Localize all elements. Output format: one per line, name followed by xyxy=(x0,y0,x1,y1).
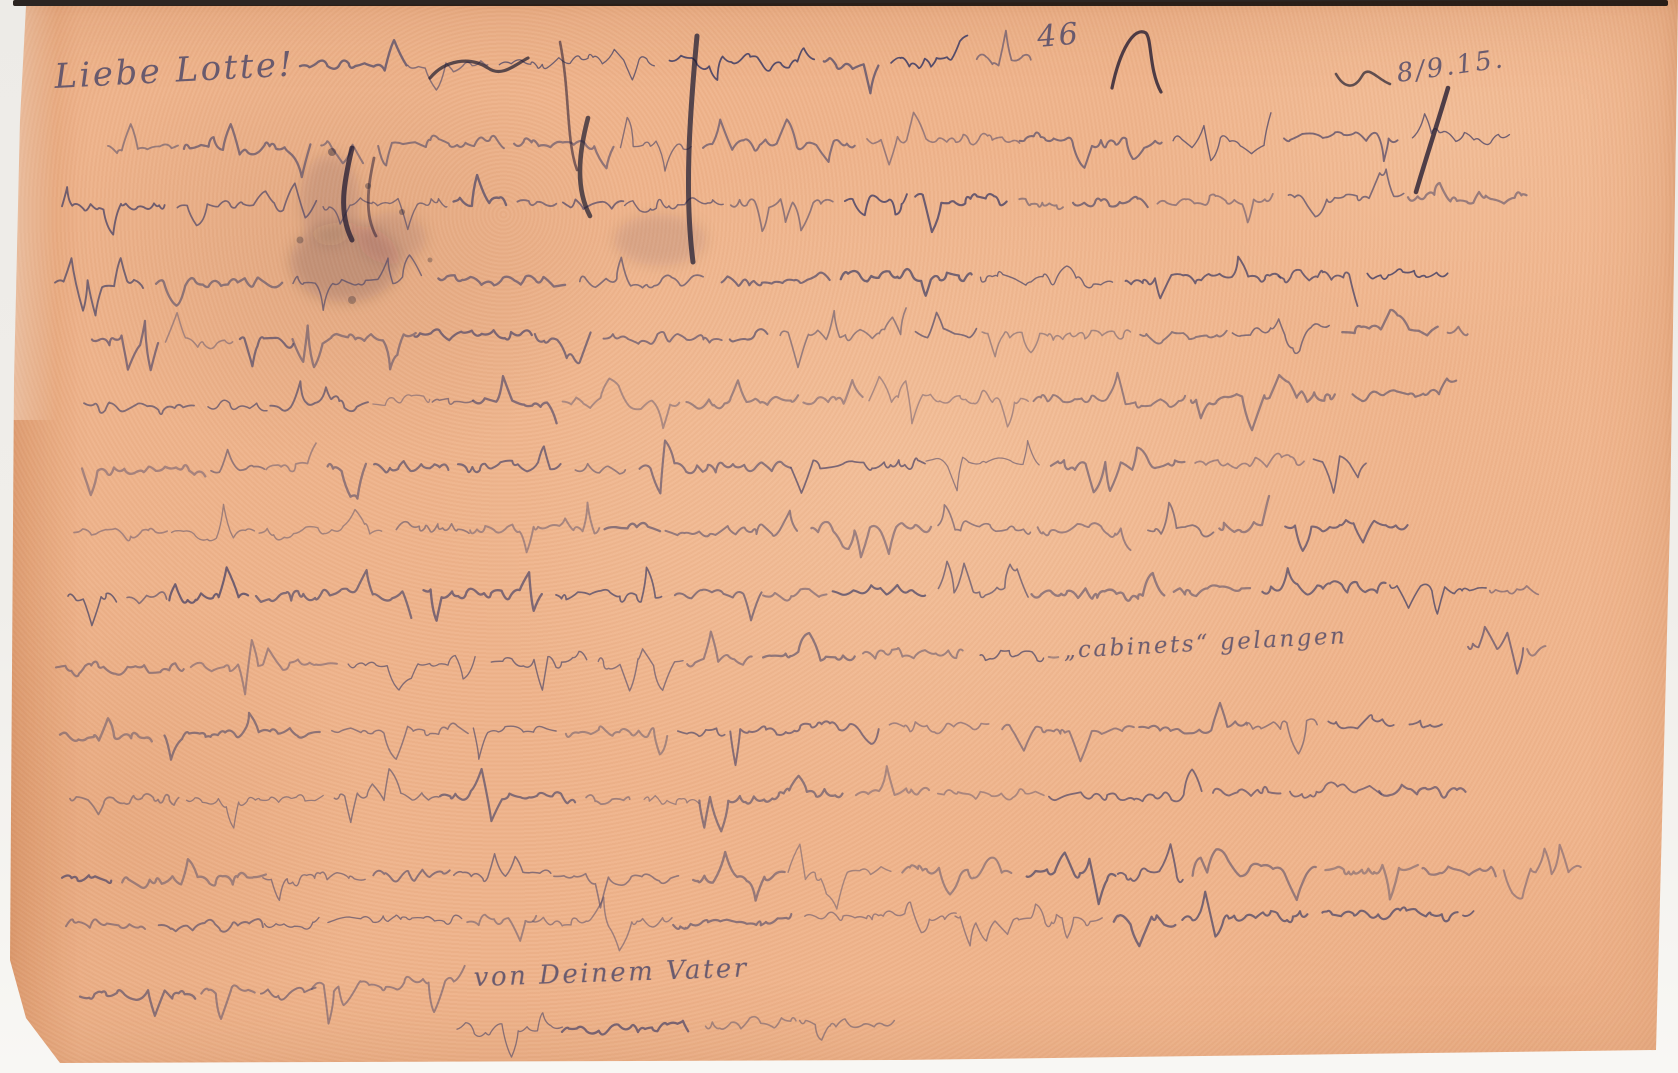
handwriting-line xyxy=(55,255,1448,316)
handwriting-word-stroke xyxy=(605,523,660,531)
handwriting-word-stroke xyxy=(1148,503,1213,537)
handwriting-word-stroke xyxy=(1157,194,1272,223)
handwriting-line xyxy=(62,844,1581,909)
handwriting-word-stroke xyxy=(159,919,263,932)
handwriting-word-stroke xyxy=(122,859,266,888)
handwriting-word-stroke xyxy=(1490,586,1538,595)
ink-speck xyxy=(348,296,356,304)
handwriting-word-stroke xyxy=(66,919,145,929)
handwriting-word-stroke xyxy=(1232,319,1329,353)
handwriting-word-stroke xyxy=(673,914,791,929)
handwriting-word-stroke xyxy=(458,446,561,472)
handwriting-word-stroke xyxy=(1126,257,1281,299)
handwriting-word-stroke xyxy=(554,874,679,908)
handwriting-word-stroke xyxy=(824,58,879,93)
ink-speck xyxy=(399,209,405,215)
handwriting-word-stroke xyxy=(1322,907,1457,921)
handwriting-word-stroke xyxy=(938,505,1030,534)
handwriting-word-stroke xyxy=(562,1021,688,1035)
ink-smudge-group xyxy=(290,154,706,302)
handwriting-word-stroke xyxy=(62,875,111,883)
handwriting-word-stroke xyxy=(938,789,1044,800)
handwriting-word-stroke xyxy=(1379,785,1465,798)
handwriting-lines-group xyxy=(55,31,1581,1058)
handwriting-word-stroke xyxy=(373,395,430,406)
handwriting-word-stroke xyxy=(915,194,1007,232)
handwriting-word-stroke xyxy=(74,529,167,541)
handwriting-word-stroke xyxy=(938,561,1028,597)
handwriting-word-stroke xyxy=(1288,169,1403,217)
handwriting-word-stroke xyxy=(833,585,925,596)
handwriting-word-stroke xyxy=(902,858,1011,895)
handwriting-word-stroke xyxy=(415,329,532,340)
handwriting-word-stroke xyxy=(566,726,667,754)
handwriting-word-stroke xyxy=(374,461,448,472)
handwriting-word-stroke xyxy=(177,183,316,225)
handwriting-word-stroke xyxy=(533,897,672,951)
handwriting-word-stroke xyxy=(1051,448,1185,493)
handwriting-word-stroke xyxy=(780,308,906,367)
handwriting-word-stroke xyxy=(1140,331,1227,344)
handwriting-word-stroke xyxy=(84,402,194,414)
handwriting-word-stroke xyxy=(473,376,556,423)
handwriting-word-stroke xyxy=(863,648,963,659)
handwriting-word-stroke xyxy=(535,333,591,364)
handwriting-word-stroke xyxy=(1049,657,1059,658)
handwriting-word-stroke xyxy=(432,399,473,405)
handwriting-line xyxy=(74,496,1408,557)
closing-handwritten: von Deinem Vater xyxy=(473,953,749,993)
handwriting-word-stroke xyxy=(916,313,977,338)
handwriting-word-stroke xyxy=(1073,197,1148,207)
handwriting-word-stroke xyxy=(424,572,542,621)
handwriting-line xyxy=(82,441,1366,499)
handwriting-word-stroke xyxy=(575,464,625,474)
handwriting-word-stroke xyxy=(92,321,158,370)
handwriting-word-stroke xyxy=(890,722,989,734)
ink-speck xyxy=(365,183,371,189)
handwriting-word-stroke xyxy=(373,870,449,882)
handwriting-word-stroke xyxy=(625,198,724,212)
ink-speck xyxy=(328,148,336,156)
handwriting-word-stroke xyxy=(731,199,833,231)
handwriting-word-stroke xyxy=(1038,523,1131,550)
handwriting-word-stroke xyxy=(263,872,365,900)
handwriting-word-stroke xyxy=(312,966,465,1024)
handwriting-word-stroke xyxy=(678,728,725,736)
handwriting-word-stroke xyxy=(1468,627,1523,674)
ink-speck xyxy=(428,258,433,263)
handwriting-word-stroke xyxy=(563,199,624,209)
handwriting-word-stroke xyxy=(470,503,599,553)
handwriting-word-stroke xyxy=(270,381,368,411)
handwriting-word-stroke xyxy=(166,313,233,349)
handwriting-word-stroke xyxy=(1423,867,1496,877)
salutation-handwritten: Liebe Lotte! xyxy=(52,44,295,97)
handwriting-word-stroke xyxy=(108,124,178,153)
handwriting-word-stroke xyxy=(563,379,680,429)
handwriting-line xyxy=(60,703,1442,765)
handwriting-line xyxy=(70,766,1466,831)
handwriting-word-stroke xyxy=(982,330,1130,357)
handwriting-word-stroke xyxy=(1034,373,1186,408)
handwriting-word-stroke xyxy=(763,633,855,661)
date-handwritten: 8/9.15. xyxy=(1395,44,1507,89)
handwriting-word-stroke xyxy=(675,590,762,621)
handwriting-word-stroke xyxy=(666,511,798,537)
handwriting-word-stroke xyxy=(686,380,798,408)
handwriting-word-stroke xyxy=(977,31,1031,66)
handwriting-word-stroke xyxy=(266,443,316,471)
handwriting-word-stroke xyxy=(396,522,469,534)
handwriting-word-stroke xyxy=(1290,782,1381,797)
handwriting-word-stroke xyxy=(803,380,862,404)
handwriting-word-stroke xyxy=(1019,199,1063,210)
handwriting-word-stroke xyxy=(1182,892,1307,937)
handwriting-word-stroke xyxy=(1174,585,1250,596)
handwriting-word-stroke xyxy=(328,915,462,924)
handwriting-word-stroke xyxy=(980,651,1043,662)
handwriting-word-stroke xyxy=(1328,715,1393,729)
handwriting-word-stroke xyxy=(621,118,692,172)
ink-blob xyxy=(358,212,426,264)
handwriting-word-stroke xyxy=(1049,769,1202,801)
handwriting-word-stroke xyxy=(586,795,630,804)
ink-speck xyxy=(297,237,304,244)
handwriting-word-stroke xyxy=(1173,113,1271,161)
handwriting-word-stroke xyxy=(156,278,282,306)
handwriting-word-stroke xyxy=(706,1017,796,1029)
ink-mark xyxy=(560,42,577,170)
handwriting-word-stroke xyxy=(805,902,956,932)
handwriting-word-stroke xyxy=(856,766,929,795)
quoted-word-handwritten: „cabinets“ gelangen xyxy=(1063,623,1348,664)
handwriting-word-stroke xyxy=(788,844,891,909)
handwriting-word-stroke xyxy=(332,723,468,759)
handwriting-word-stroke xyxy=(256,570,411,618)
handwriting-line xyxy=(62,169,1527,234)
handwriting-word-stroke xyxy=(1020,133,1162,168)
handwriting-layer: Liebe Lotte! 46 8/9.15. „cabinets“ gelan… xyxy=(0,0,1678,1073)
scan-background: Liebe Lotte! 46 8/9.15. „cabinets“ gelan… xyxy=(0,0,1678,1073)
ink-mark xyxy=(1112,32,1161,92)
handwriting-word-stroke xyxy=(169,567,248,603)
handwriting-line xyxy=(84,373,1456,431)
handwriting-word-stroke xyxy=(811,522,931,557)
handwriting-word-stroke xyxy=(172,504,255,540)
handwriting-word-stroke xyxy=(1219,496,1269,532)
handwriting-word-stroke xyxy=(869,377,1028,427)
handwriting-word-stroke xyxy=(328,464,366,499)
handwriting-word-stroke xyxy=(926,441,1039,491)
handwriting-word-stroke xyxy=(1504,845,1581,899)
handwriting-word-stroke xyxy=(1114,915,1176,946)
handwriting-word-stroke xyxy=(454,854,551,882)
handwriting-word-stroke xyxy=(1279,270,1358,306)
handwriting-word-stroke xyxy=(1390,584,1486,614)
handwriting-line xyxy=(68,561,1538,625)
handwriting-word-stroke xyxy=(1448,327,1468,336)
handwriting-word-stroke xyxy=(1247,719,1317,754)
handwriting-word-stroke xyxy=(1262,568,1385,594)
handwriting-word-stroke xyxy=(699,776,842,832)
handwriting-line xyxy=(92,308,1468,370)
handwriting-word-stroke xyxy=(211,450,264,473)
handwriting-word-stroke xyxy=(264,918,319,930)
handwriting-word-stroke xyxy=(80,990,195,1016)
handwriting-word-stroke xyxy=(517,200,556,206)
handwriting-word-stroke xyxy=(640,441,791,494)
handwriting-word-stroke xyxy=(867,112,1020,164)
handwriting-line xyxy=(457,1013,894,1057)
handwriting-word-stroke xyxy=(293,326,416,370)
handwriting-word-stroke xyxy=(1285,520,1407,551)
handwriting-word-stroke xyxy=(259,510,382,540)
ink-mark xyxy=(1336,72,1390,86)
handwriting-word-stroke xyxy=(1032,573,1165,601)
handwriting-word-stroke xyxy=(1118,844,1183,882)
handwriting-word-stroke xyxy=(491,651,586,690)
handwriting-word-stroke xyxy=(440,769,575,821)
handwriting-word-stroke xyxy=(56,662,184,677)
handwriting-word-stroke xyxy=(60,718,152,741)
handwriting-word-stroke xyxy=(693,852,784,901)
handwriting-word-stroke xyxy=(454,175,507,206)
handwriting-word-stroke xyxy=(891,36,967,69)
handwriting-word-stroke xyxy=(1527,646,1545,655)
handwriting-word-stroke xyxy=(604,332,722,344)
handwriting-word-stroke xyxy=(201,985,254,1018)
handwriting-word-stroke xyxy=(845,194,907,215)
handwriting-word-stroke xyxy=(1027,853,1116,905)
handwriting-word-stroke xyxy=(191,640,337,694)
handwriting-word-stroke xyxy=(800,1019,895,1040)
handwriting-word-stroke xyxy=(955,904,1102,946)
handwriting-line xyxy=(300,31,1031,94)
handwriting-word-stroke xyxy=(981,266,1113,288)
handwriting-word-stroke xyxy=(62,187,165,235)
handwriting-word-stroke xyxy=(378,136,504,166)
handwriting-word-stroke xyxy=(499,49,654,80)
handwriting-word-stroke xyxy=(184,124,310,177)
handwriting-word-stroke xyxy=(261,988,316,1000)
handwriting-word-stroke xyxy=(70,794,179,815)
handwriting-word-stroke xyxy=(1353,379,1457,402)
handwriting-word-stroke xyxy=(55,258,143,315)
handwriting-word-stroke xyxy=(1139,703,1246,734)
handwriting-word-stroke xyxy=(763,589,826,601)
handwriting-word-stroke xyxy=(1284,132,1398,161)
handwriting-word-stroke xyxy=(208,400,267,411)
ink-mark xyxy=(1416,88,1448,192)
handwriting-word-stroke xyxy=(467,915,536,941)
handwriting-word-stroke xyxy=(240,337,293,366)
handwriting-word-stroke xyxy=(644,796,699,805)
handwriting-word-stroke xyxy=(1191,375,1335,430)
handwriting-word-stroke xyxy=(82,465,205,495)
handwriting-word-stroke xyxy=(687,632,752,667)
handwriting-word-stroke xyxy=(300,40,407,70)
handwriting-word-stroke xyxy=(1002,725,1134,762)
handwriting-word-stroke xyxy=(730,721,878,765)
handwriting-word-stroke xyxy=(514,138,613,168)
handwriting-word-stroke xyxy=(1413,114,1510,145)
handwriting-word-stroke xyxy=(730,329,768,341)
handwriting-word-stroke xyxy=(1367,269,1447,279)
handwriting-word-stroke xyxy=(598,649,683,691)
handwriting-word-stroke xyxy=(68,593,116,625)
handwriting-word-stroke xyxy=(791,458,925,493)
handwriting-word-stroke xyxy=(165,713,320,760)
handwriting-word-stroke xyxy=(1313,456,1366,493)
legible-fragments-group: Liebe Lotte! 46 8/9.15. „cabinets“ gelan… xyxy=(52,16,1507,993)
handwriting-word-stroke xyxy=(473,726,556,759)
handwriting-word-stroke xyxy=(841,269,972,296)
handwriting-word-stroke xyxy=(1213,787,1281,796)
handwriting-word-stroke xyxy=(556,567,662,602)
handwriting-line xyxy=(80,966,465,1024)
handwriting-word-stroke xyxy=(1325,865,1417,899)
ink-mark xyxy=(580,118,590,216)
handwriting-word-stroke xyxy=(1195,453,1304,468)
handwriting-word-stroke xyxy=(127,592,167,604)
handwriting-word-stroke xyxy=(334,769,438,823)
handwriting-word-stroke xyxy=(187,795,324,828)
handwriting-word-stroke xyxy=(1193,849,1316,900)
handwriting-line xyxy=(66,892,1474,951)
handwriting-word-stroke xyxy=(703,119,855,161)
handwriting-word-stroke xyxy=(722,273,830,286)
handwriting-word-stroke xyxy=(1408,183,1527,204)
handwriting-word-stroke xyxy=(1463,911,1474,916)
handwriting-word-stroke xyxy=(348,656,475,690)
handwriting-word-stroke xyxy=(457,1013,562,1057)
handwriting-word-stroke xyxy=(1342,310,1437,335)
handwriting-word-stroke xyxy=(1410,721,1442,728)
handwriting-word-stroke xyxy=(438,275,565,286)
card-number-handwritten: 46 xyxy=(1035,16,1082,55)
